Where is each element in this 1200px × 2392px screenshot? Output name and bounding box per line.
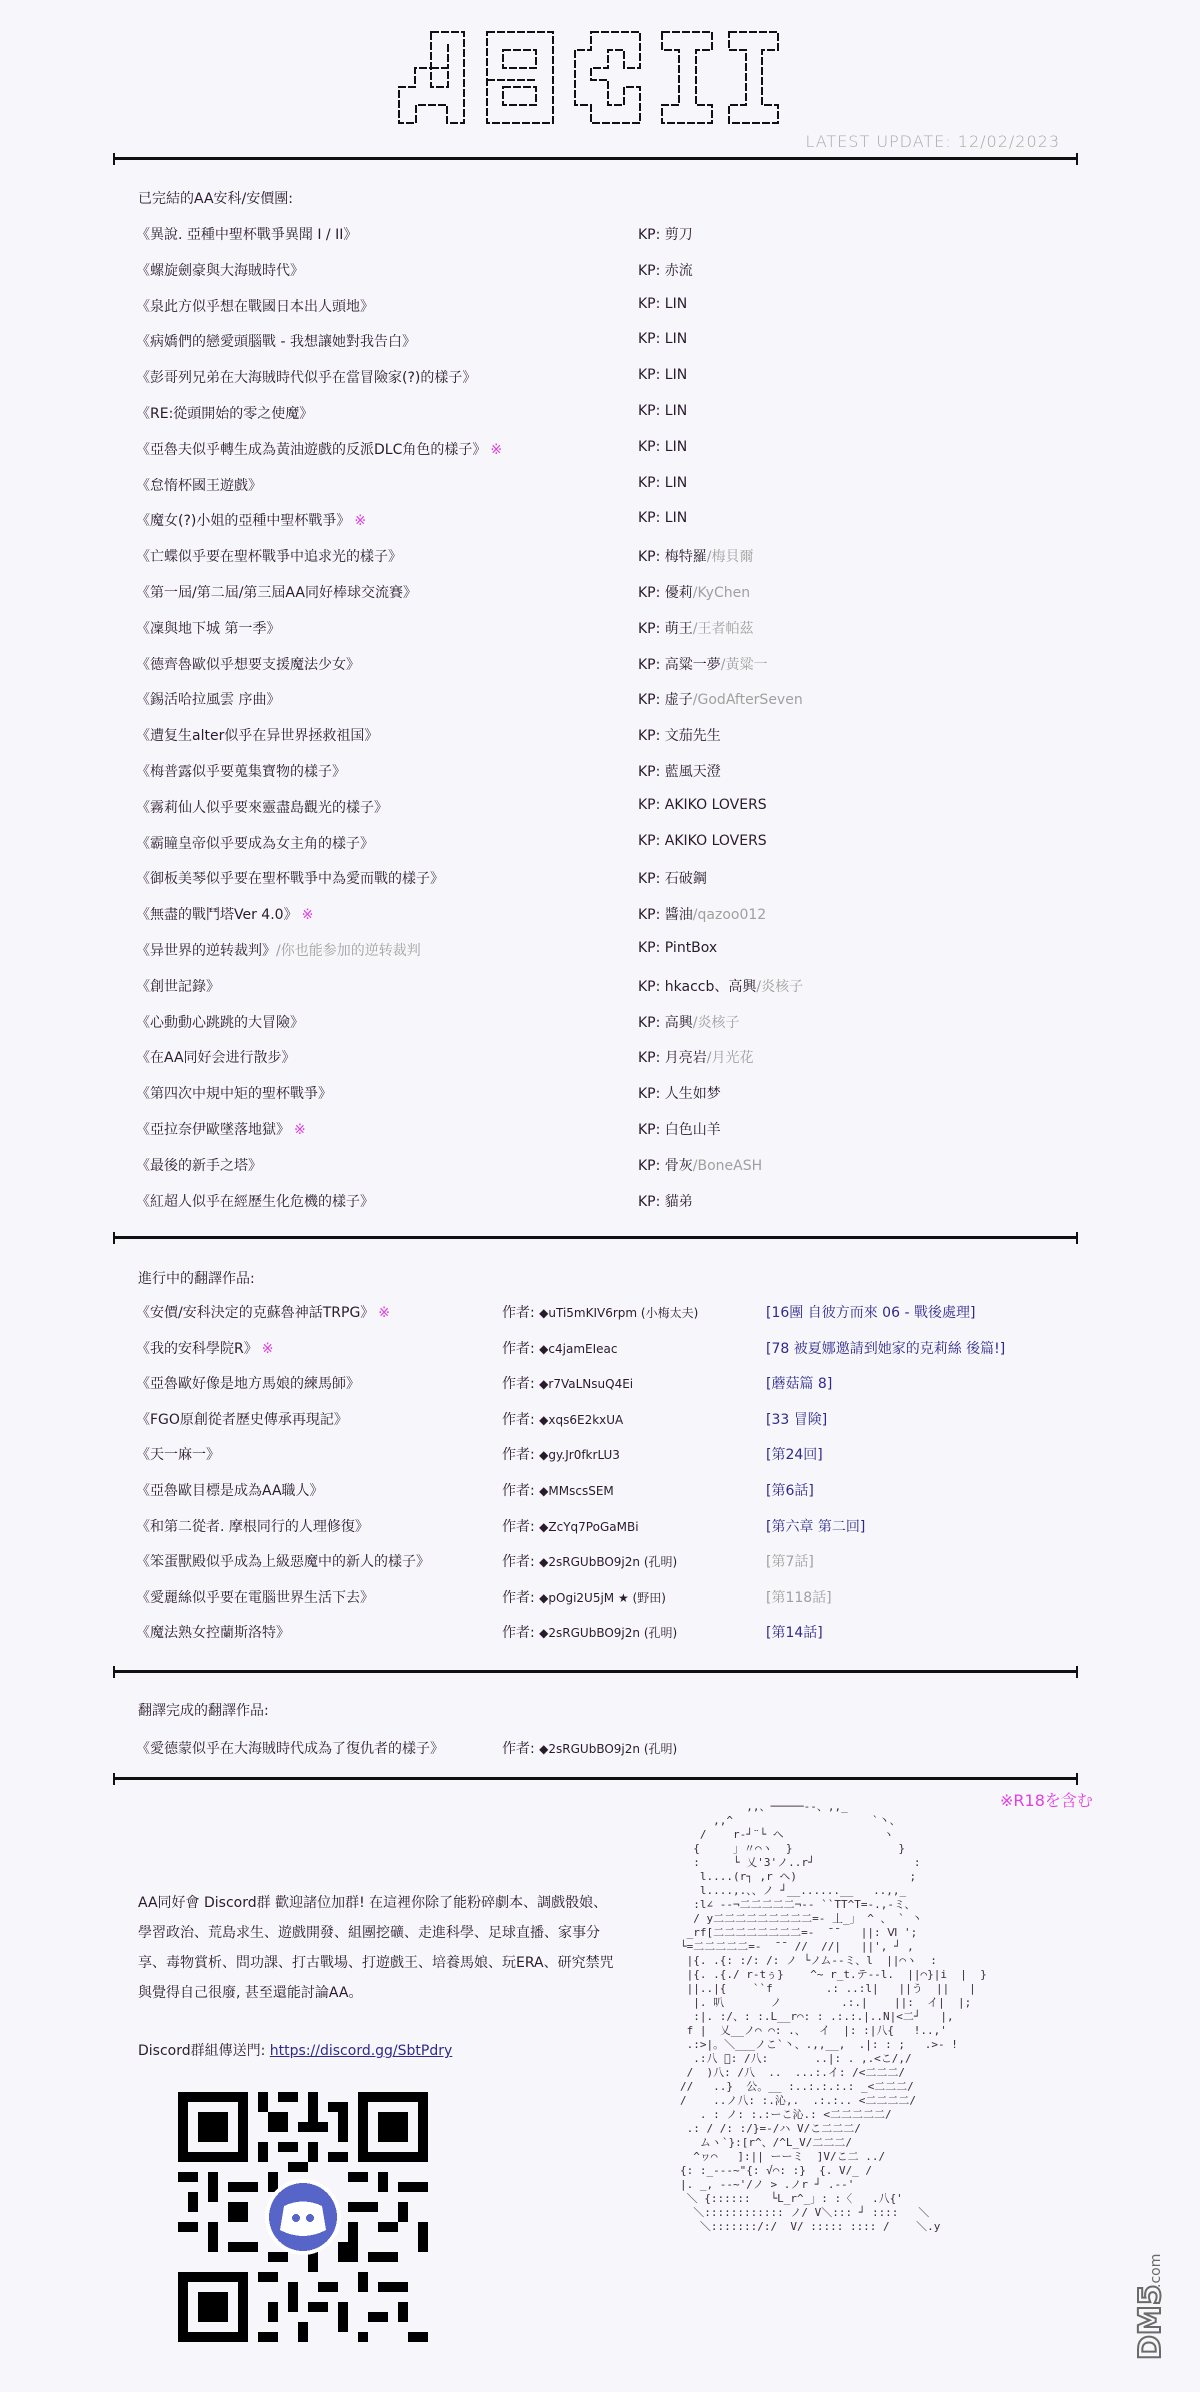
work-title: 《RE:從頭開始的零之使魔》 [136,406,313,422]
work-title: 《亞拉奈伊歐墜落地獄》 [136,1122,290,1138]
work-title: 《和第二從者. 摩根同行的人理修復》 [136,1519,369,1535]
kp-credit: KP: 高興/炎核子 [638,1012,740,1032]
latest-chapter-link[interactable]: [78 被夏娜邀請到她家的克莉絲 後篇!] [766,1338,1005,1358]
kp-credit: KP: PintBox [638,940,717,956]
kp-name: 梅特羅 [665,549,707,565]
author-id: ◆xqs6E2kxUA [539,1413,623,1427]
author-credit: 作者: ◆2sRGUbBO9j2n (孔明) [502,1551,677,1571]
work-title-alt: /你也能参加的逆转裁判 [276,943,421,959]
kp-label: KP: [638,764,665,780]
divider-top [113,157,1078,160]
latest-chapter-link[interactable]: [第六章 第二回] [766,1516,865,1536]
author-id: ◆c4jamEIeac [539,1342,617,1356]
author-id: ◆gy.Jr0fkrLU3 [539,1448,620,1462]
kp-name: 人生如梦 [665,1086,721,1102]
kp-name: 月亮岩 [665,1050,707,1066]
author-id: ◆MMscsSEM [539,1484,614,1498]
author-id: ◆r7VaLNsuQ4Ei [539,1377,633,1391]
work-title: 《病嬌們的戀愛頭腦戰 - 我想讓她對我告白》 [136,334,416,350]
kp-name: 文茄先生 [665,728,721,744]
latest-chapter-link[interactable]: [第7話] [766,1551,814,1571]
kp-label: KP: [638,1158,665,1174]
kp-credit: KP: 月亮岩/月光花 [638,1047,754,1067]
kp-label: KP: [638,797,665,813]
completed-aa-item[interactable]: 《亡蝶似乎要在聖杯戰爭中追求光的樣子》 [136,546,402,566]
kp-name: 高興 [665,1015,693,1031]
author-label: 作者: [502,1519,539,1535]
kp-name: LIN [665,367,687,383]
completed-aa-item[interactable]: 《紅超人似乎在經歷生化危機的樣子》 [136,1191,374,1211]
kp-alt-name: /黃粱一 [721,657,768,673]
work-title: 《安價/安科決定的克蘇魯神話TRPG》 [136,1305,374,1321]
kp-label: KP: [638,475,665,491]
kp-label: KP: [638,728,665,744]
kp-credit: KP: 藍風天澄 [638,761,721,781]
completed-aa-item[interactable]: 《御板美琴似乎要在聖杯戰爭中為愛而戰的樣子》 [136,868,444,888]
completed-aa-item[interactable]: 《怠惰杯國王遊戲》 [136,475,262,495]
discord-link-line: Discord群組傳送門: https://discord.gg/SbtPdry [138,2040,452,2060]
kp-name: 萌王 [665,621,693,637]
in-progress-item[interactable]: 《笨蛋獸殿似乎成為上級惡魔中的新人的樣子》 [136,1551,430,1571]
completed-aa-item[interactable]: 《彭哥列兄弟在大海賊時代似乎在當冒險家(?)的樣子》 [136,367,476,387]
work-title: 《我的安科學院R》 [136,1341,258,1357]
kp-label: KP: [638,439,665,455]
latest-chapter-link[interactable]: [蘑菇篇 8] [766,1373,832,1393]
kp-name: LIN [665,475,687,491]
latest-chapter-link[interactable]: [33 冒険] [766,1409,827,1429]
kp-name: LIN [665,510,687,526]
discord-link-label: Discord群組傳送門: [138,2043,270,2059]
work-title: 《紅超人似乎在經歷生化危機的樣子》 [136,1194,374,1210]
kp-label: KP: [638,296,665,312]
kp-alt-name: /月光花 [707,1050,754,1066]
kp-label: KP: [638,692,665,708]
completed-aa-item[interactable]: 《亞拉奈伊歐墜落地獄》※ [136,1119,306,1139]
r18-mark-icon: ※ [302,907,314,923]
latest-chapter-link[interactable]: [第24回] [766,1444,823,1464]
completed-translation-item[interactable]: 《愛德蒙似乎在大海賊時代成為了復仇者的樣子》 [136,1738,444,1758]
kp-label: KP: [638,833,665,849]
kp-credit: KP: 赤流 [638,260,693,280]
completed-aa-item[interactable]: 《梅普露似乎要蒐集寶物的樣子》 [136,761,346,781]
completed-aa-item[interactable]: 《霧莉仙人似乎要來靈盡島觀光的樣子》 [136,797,388,817]
author-label: 作者: [502,1376,539,1392]
completed-aa-item[interactable]: 《凜與地下城 第一季》 [136,618,280,638]
latest-update: LATEST UPDATE: 12/02/2023 [805,132,1060,151]
work-title: 《FGO原創從者歷史傳承再現記》 [136,1412,348,1428]
kp-alt-name: /王者帕茲 [693,621,754,637]
kp-credit: KP: LIN [638,510,687,526]
completed-aa-item[interactable]: 《RE:從頭開始的零之使魔》 [136,403,313,423]
completed-translation-author: 作者: ◆2sRGUbBO9j2n (孔明) [502,1738,677,1758]
in-progress-title: 進行中的翻譯作品: [138,1268,255,1288]
kp-label: KP: [638,940,665,956]
author-label: 作者: [502,1625,539,1641]
work-title: 《愛麗絲似乎要在電腦世界生活下去》 [136,1590,374,1606]
kp-credit: KP: 萌王/王者帕茲 [638,618,754,638]
kp-label: KP: [638,621,665,637]
kp-credit: KP: 醬油/qazoo012 [638,904,766,924]
kp-credit: KP: 貓弟 [638,1191,693,1211]
r18-mark-icon: ※ [490,442,502,458]
work-title: 《笨蛋獸殿似乎成為上級惡魔中的新人的樣子》 [136,1554,430,1570]
completed-aa-item[interactable]: 《無盡的戰鬥塔Ver 4.0》※ [136,904,313,924]
ascii-logo [390,25,810,155]
kp-credit: KP: 骨灰/BoneASH [638,1155,762,1175]
author-credit: 作者: ◆xqs6E2kxUA [502,1409,623,1429]
kp-alt-name: /qazoo012 [693,907,766,923]
kp-credit: KP: 人生如梦 [638,1083,721,1103]
kp-label: KP: [638,367,665,383]
author-id: ◆ZcYq7PoGaMBi [539,1520,638,1534]
completed-aa-item[interactable]: 《霸瞳皇帝似乎要成為女主角的樣子》 [136,833,374,853]
kp-credit: KP: LIN [638,331,687,347]
r18-mark-icon: ※ [262,1341,274,1357]
work-title: 《異說. 亞種中聖杯戰爭異聞 I / II》 [136,227,357,243]
r18-mark-icon: ※ [354,513,366,529]
author-label: 作者: [502,1341,539,1357]
completed-aa-item[interactable]: 《泉此方似乎想在戰國日本出人頭地》 [136,296,374,316]
work-title: 《怠惰杯國王遊戲》 [136,478,262,494]
kp-name: 骨灰 [665,1158,693,1174]
work-title: 《泉此方似乎想在戰國日本出人頭地》 [136,299,374,315]
kp-name: 石破鋼 [665,871,707,887]
kp-label: KP: [638,1015,665,1031]
completed-aa-item[interactable]: 《創世記錄》 [136,976,220,996]
in-progress-item[interactable]: 《FGO原創從者歷史傳承再現記》 [136,1409,348,1429]
kp-credit: KP: hkaccb、高興/炎核子 [638,976,803,996]
kp-credit: KP: LIN [638,367,687,383]
kp-credit: KP: 文茄先生 [638,725,721,745]
work-title: 《亞魯夫似乎轉生成為黃油遊戲的反派DLC角色的樣子》 [136,442,486,458]
work-title: 《魔女(?)小姐的亞種中聖杯戰爭》 [136,513,350,529]
completed-aa-item[interactable]: 《异世界的逆转裁判》/你也能参加的逆转裁判 [136,940,421,960]
author-credit: 作者: ◆r7VaLNsuQ4Ei [502,1373,633,1393]
author-label: 作者: [502,1412,539,1428]
kp-credit: KP: LIN [638,296,687,312]
divider-bottom [113,1777,1078,1780]
completed-translation-title: 翻譯完成的翻譯作品: [138,1700,269,1720]
author-id: ◆uTi5mKIV6rpm (小梅太夫) [539,1306,698,1320]
latest-chapter-link[interactable]: [第14話] [766,1622,823,1642]
in-progress-item[interactable]: 《安價/安科決定的克蘇魯神話TRPG》※ [136,1302,390,1322]
work-title: 《第四次中規中矩的聖杯戰爭》 [136,1086,332,1102]
work-title: 《霸瞳皇帝似乎要成為女主角的樣子》 [136,836,374,852]
kp-credit: KP: LIN [638,439,687,455]
divider-lower [113,1670,1078,1673]
work-title: 《彭哥列兄弟在大海賊時代似乎在當冒險家(?)的樣子》 [136,370,476,386]
author-credit: 作者: ◆pOgi2U5jM ★ (野田) [502,1587,666,1607]
author-id: ◆2sRGUbBO9j2n (孔明) [539,1626,677,1640]
author-credit: 作者: ◆c4jamEIeac [502,1338,617,1358]
completed-aa-item[interactable]: 《亞魯夫似乎轉生成為黃油遊戲的反派DLC角色的樣子》※ [136,439,502,459]
kp-label: KP: [638,657,665,673]
kp-name: 虚子 [665,692,693,708]
in-progress-item[interactable]: 《亞魯歐好像是地方馬娘的練馬師》 [136,1373,360,1393]
author-label: 作者: [502,1483,539,1499]
kp-credit: KP: 梅特羅/梅貝爾 [638,546,754,566]
latest-chapter-link[interactable]: [16團 自彼方而來 06 - 戰後處理] [766,1302,975,1322]
kp-label: KP: [638,331,665,347]
kp-credit: KP: LIN [638,475,687,491]
author-label: 作者: [502,1447,539,1463]
completed-aa-item[interactable]: 《第四次中規中矩的聖杯戰爭》 [136,1083,332,1103]
kp-label: KP: [638,979,665,995]
kp-name: 剪刀 [665,227,693,243]
kp-label: KP: [638,1050,665,1066]
work-title: 《天一麻一》 [136,1447,220,1463]
kp-name: 高粱一夢 [665,657,721,673]
completed-aa-item[interactable]: 《螺旋劍豪與大海賊時代》 [136,260,304,280]
work-title: 《無盡的戰鬥塔Ver 4.0》 [136,907,298,923]
work-title: 《心動動心跳跳的大冒險》 [136,1015,304,1031]
ascii-art-character: ,,、─────‐‐、,,_ ,,^ `丶、 / r‐┘¨└ ヘ ヽ { 」〃⌒… [680,1800,1200,2380]
work-title: 《螺旋劍豪與大海賊時代》 [136,263,304,279]
completed-aa-item[interactable]: 《錫活哈拉風雲 序曲》 [136,689,280,709]
work-title: 《凜與地下城 第一季》 [136,621,280,637]
author-credit: 作者: ◆uTi5mKIV6rpm (小梅太夫) [502,1302,698,1322]
svg-text:DM5: DM5 [1133,2284,1168,2360]
kp-name: AKIKO LOVERS [665,797,767,813]
kp-label: KP: [638,585,665,601]
work-title: 《錫活哈拉風雲 序曲》 [136,692,280,708]
work-title: 《亡蝶似乎要在聖杯戰爭中追求光的樣子》 [136,549,402,565]
completed-aa-item[interactable]: 《德齊魯歐似乎想要支援魔法少女》 [136,654,360,674]
kp-name: LIN [665,403,687,419]
kp-name: LIN [665,296,687,312]
work-title: 《德齊魯歐似乎想要支援魔法少女》 [136,657,360,673]
discord-qr-code [178,2092,428,2342]
kp-name: 赤流 [665,263,693,279]
work-title: 《愛德蒙似乎在大海賊時代成為了復仇者的樣子》 [136,1741,444,1757]
completed-aa-item[interactable]: 《病嬌們的戀愛頭腦戰 - 我想讓她對我告白》 [136,331,416,351]
author-credit: 作者: ◆2sRGUbBO9j2n (孔明) [502,1622,677,1642]
svg-text:.com: .com [1148,2254,1164,2288]
author-credit: 作者: ◆ZcYq7PoGaMBi [502,1516,639,1536]
in-progress-item[interactable]: 《和第二從者. 摩根同行的人理修復》 [136,1516,369,1536]
work-title: 《第一屆/第二屆/第三屆AA同好棒球交流賽》 [136,585,417,601]
work-title: 《亞魯歐目標是成為AA職人》 [136,1483,324,1499]
kp-label: KP: [638,1086,665,1102]
latest-chapter-link[interactable]: [第118話] [766,1587,832,1607]
kp-credit: KP: 白色山羊 [638,1119,721,1139]
completed-aa-item[interactable]: 《最後的新手之塔》 [136,1155,262,1175]
kp-alt-name: /GodAfterSeven [693,692,803,708]
work-title: 《創世記錄》 [136,979,220,995]
kp-label: KP: [638,907,665,923]
completed-aa-item[interactable]: 《在AA同好会进行散步》 [136,1047,296,1067]
kp-name: 藍風天澄 [665,764,721,780]
kp-credit: KP: 剪刀 [638,224,693,244]
kp-name: hkaccb、高興 [665,979,757,995]
kp-credit: KP: 石破鋼 [638,868,707,888]
kp-label: KP: [638,549,665,565]
author-credit: 作者: ◆gy.Jr0fkrLU3 [502,1444,620,1464]
work-title: 《魔法熟女控蘭斯洛特》 [136,1625,290,1641]
in-progress-item[interactable]: 《魔法熟女控蘭斯洛特》 [136,1622,290,1642]
divider-middle [113,1236,1078,1239]
work-title: 《御板美琴似乎要在聖杯戰爭中為愛而戰的樣子》 [136,871,444,887]
kp-alt-name: /炎核子 [756,979,803,995]
kp-label: KP: [638,1122,665,1138]
kp-credit: KP: 高粱一夢/黃粱一 [638,654,768,674]
kp-name: AKIKO LOVERS [665,833,767,849]
author-id: ◆2sRGUbBO9j2n (孔明) [539,1555,677,1569]
kp-name: 醬油 [665,907,693,923]
in-progress-item[interactable]: 《我的安科學院R》※ [136,1338,273,1358]
kp-credit: KP: AKIKO LOVERS [638,833,767,849]
author-id: ◆pOgi2U5jM ★ (野田) [539,1591,666,1605]
kp-name: LIN [665,439,687,455]
kp-label: KP: [638,403,665,419]
kp-credit: KP: 虚子/GodAfterSeven [638,689,803,709]
in-progress-item[interactable]: 《天一麻一》 [136,1444,220,1464]
kp-label: KP: [638,1194,665,1210]
author-credit: 作者: ◆MMscsSEM [502,1480,614,1500]
kp-alt-name: /KyChen [693,585,750,601]
completed-aa-item[interactable]: 《心動動心跳跳的大冒險》 [136,1012,304,1032]
work-title: 《霧莉仙人似乎要來靈盡島觀光的樣子》 [136,800,388,816]
kp-name: 白色山羊 [665,1122,721,1138]
discord-intro: AA同好會 Discord群 歡迎諸位加群! 在這裡你除了能粉碎劇本、調戲骰娘、… [138,1888,618,2008]
work-title: 《梅普露似乎要蒐集寶物的樣子》 [136,764,346,780]
author-label: 作者: [502,1590,539,1606]
kp-label: KP: [638,510,665,526]
kp-name: LIN [665,331,687,347]
completed-aa-title: 已完結的AA安科/安價團: [138,188,293,208]
work-title: 《异世界的逆转裁判》 [136,943,276,959]
work-title: 《在AA同好会进行散步》 [136,1050,296,1066]
r18-mark-icon: ※ [378,1305,390,1321]
kp-label: KP: [638,227,665,243]
kp-credit: KP: AKIKO LOVERS [638,797,767,813]
completed-aa-item[interactable]: 《異說. 亞種中聖杯戰爭異聞 I / II》 [136,224,357,244]
in-progress-item[interactable]: 《亞魯歐目標是成為AA職人》 [136,1480,324,1500]
kp-name: 貓弟 [665,1194,693,1210]
kp-label: KP: [638,871,665,887]
work-title: 《最後的新手之塔》 [136,1158,262,1174]
completed-aa-item[interactable]: 《第一屆/第二屆/第三屆AA同好棒球交流賽》 [136,582,417,602]
kp-name: PintBox [665,940,717,956]
kp-name: 優莉 [665,585,693,601]
kp-alt-name: /BoneASH [693,1158,762,1174]
completed-aa-item[interactable]: 《魔女(?)小姐的亞種中聖杯戰爭》※ [136,510,366,530]
work-title: 《遭复生alter似乎在异世界拯救祖国》 [136,728,378,744]
kp-credit: KP: LIN [638,403,687,419]
author-label: 作者: [502,1554,539,1570]
dm5-watermark-logo: DM5 .com [1130,2240,1170,2380]
kp-label: KP: [638,263,665,279]
kp-credit: KP: 優莉/KyChen [638,582,750,602]
latest-chapter-link[interactable]: [第6話] [766,1480,814,1500]
kp-alt-name: /炎核子 [693,1015,740,1031]
author-label: 作者: [502,1305,539,1321]
in-progress-item[interactable]: 《愛麗絲似乎要在電腦世界生活下去》 [136,1587,374,1607]
completed-aa-item[interactable]: 《遭复生alter似乎在异世界拯救祖国》 [136,725,378,745]
kp-alt-name: /梅貝爾 [707,549,754,565]
r18-mark-icon: ※ [294,1122,306,1138]
discord-link[interactable]: https://discord.gg/SbtPdry [270,2043,453,2059]
work-title: 《亞魯歐好像是地方馬娘的練馬師》 [136,1376,360,1392]
